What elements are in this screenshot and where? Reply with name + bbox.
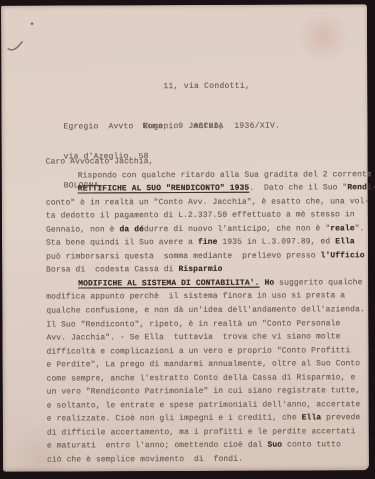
letter-line: e realizzate. Cioè non gli impegni e i c… — [47, 412, 369, 427]
letter-text: suggerito qualche — [274, 278, 362, 287]
letter-line: Il Suo "Rendiconto", ripeto, è in realtà… — [46, 317, 368, 332]
letter-text: Risparmio — [178, 265, 222, 274]
letter-text: . Dato che il Suo " — [249, 183, 347, 192]
section-heading-modifiche: MODIFICHE AL SISTEMA DI CONTABILITA'. Ho… — [46, 276, 368, 291]
underlined-heading-text: RETTIFICHE AL SUO "RENDICONTO" 1935 — [78, 184, 250, 194]
letter-line: come sempre, anche l'estratto Conto dell… — [47, 371, 369, 386]
letter-body: Caro Avvocato Jacchia,Rispondo con qualc… — [46, 154, 369, 467]
letter-text: da dé — [119, 225, 144, 234]
letter-line: un vero "Rendiconto Patrimoniale" in cui… — [47, 384, 369, 399]
letter-text: e soltanto, le entrate e spese patrimoni… — [47, 400, 361, 410]
letter-text: qualche confusione, e non dà un'idea del… — [46, 305, 365, 315]
scan-background: 11, via Condotti, Roma, 9 marzo, 1936/XI… — [0, 0, 375, 479]
letter-text: reale — [330, 224, 355, 233]
section-heading-rettifiche: RETTIFICHE AL SUO "RENDICONTO" 1935. Dat… — [46, 181, 368, 196]
letter-line: Rispondo con qualche ritardo alla Sua gr… — [46, 168, 368, 183]
letter-text: Sta bene quindi il Suo avere a — [46, 238, 198, 248]
letter-text: conto tutto — [282, 441, 341, 450]
letter-text: modifica appunto perchè il sistema finor… — [46, 292, 345, 302]
letter-line: di difficile accertamento, ma i profitti… — [47, 425, 369, 440]
letter-text: Ho — [264, 279, 274, 288]
letter-line: può rimborsarsi questa somma mediante pr… — [46, 249, 368, 264]
letter-text: Gennaio, non è — [46, 225, 120, 234]
letter-line: ciò che è semplice movimento di fondi. — [47, 452, 369, 467]
letterhead-place: 11, via Condotti, — [142, 80, 280, 94]
letter-line: conto" è in realtà un "Conto Avv. Jacchi… — [46, 195, 368, 210]
letter-text: durre di nuovo l'anticipo, che non è " — [144, 224, 330, 234]
recipient-name: Egregio Avvto Eugenio JACCHIA — [63, 122, 223, 132]
letter-paper: 11, via Condotti, Roma, 9 marzo, 1936/XI… — [1, 4, 369, 472]
letter-line: ta dedotto il pagamento di L.2.337.50 ef… — [46, 208, 368, 223]
letter-text: fine — [198, 238, 218, 247]
letter-text: Caro Avvocato Jacchia, — [46, 157, 154, 166]
letter-text: di difficile accertamento, ma i profitti… — [47, 427, 356, 437]
pencil-checkmark-icon — [4, 18, 44, 58]
letter-text: Ella — [335, 238, 355, 247]
letter-line: Sta bene quindi il Suo avere a fine 1935… — [46, 235, 368, 250]
letter-text: Il Suo "Rendiconto", ripeto, è in realtà… — [46, 319, 340, 329]
letter-line: e maturati entro l'anno; omettendo cioè … — [47, 439, 369, 454]
letter-line: modifica appunto perchè il sistema finor… — [46, 290, 368, 305]
letter-line: difficoltà e complicazioni a un vero e p… — [46, 344, 368, 359]
letter-text: Ella — [302, 414, 322, 423]
letter-text: e realizzate. Cioè non gli impegni e i c… — [47, 414, 302, 424]
letter-line: qualche confusione, e non dà un'idea del… — [46, 303, 368, 318]
letter-line: e Perdite", La prego di mandarmi annualm… — [47, 357, 369, 372]
letter-line: Gennaio, non è da dédurre di nuovo l'ant… — [46, 222, 368, 237]
letter-text: e maturati entro l'anno; omettendo cioè … — [47, 441, 268, 451]
letter-text: prevede — [321, 414, 360, 423]
letter-line: Avv. Jacchia". - Se Ella tuttavia trova … — [46, 330, 368, 345]
letter-line: Borsa di codesta Cassa di Risparmio — [46, 263, 368, 278]
letter-text: l'Ufficio — [321, 251, 365, 260]
letter-text: Rispondo con qualche ritardo alla Sua gr… — [78, 170, 372, 180]
letter-text: difficoltà e complicazioni a un vero e p… — [46, 346, 350, 356]
underlined-heading-text: MODIFICHE AL SISTEMA DI CONTABILITA'. — [78, 279, 259, 289]
letter-text: come sempre, anche l'estratto Conto dell… — [47, 373, 356, 383]
letter-text: ta dedotto il pagamento di L.2.337.50 ef… — [46, 210, 355, 220]
letter-text: e Perdite", La prego di mandarmi annualm… — [47, 359, 361, 369]
letter-text: 1935 in L.3.097.89, ed — [218, 238, 336, 248]
letter-text: ciò che è semplice movimento di fondi. — [47, 455, 243, 465]
letter-text: conto" è in realtà un "Conto Avv. Jacchi… — [46, 197, 369, 207]
letter-text: Borsa di codesta Cassa di — [46, 265, 178, 275]
letter-text: può rimborsarsi questa somma mediante pr… — [46, 251, 320, 261]
letter-line: e soltanto, le entrate e spese patrimoni… — [47, 398, 369, 413]
letter-text: un vero "Rendiconto Patrimoniale" in cui… — [47, 387, 361, 397]
salutation: Caro Avvocato Jacchia, — [46, 154, 368, 169]
letter-text: ". — [355, 224, 365, 233]
letter-text: Rendi- — [347, 183, 375, 192]
letter-text: Suo — [267, 441, 282, 450]
letter-text: Avv. Jacchia". - Se Ella tuttavia trova … — [46, 332, 340, 342]
